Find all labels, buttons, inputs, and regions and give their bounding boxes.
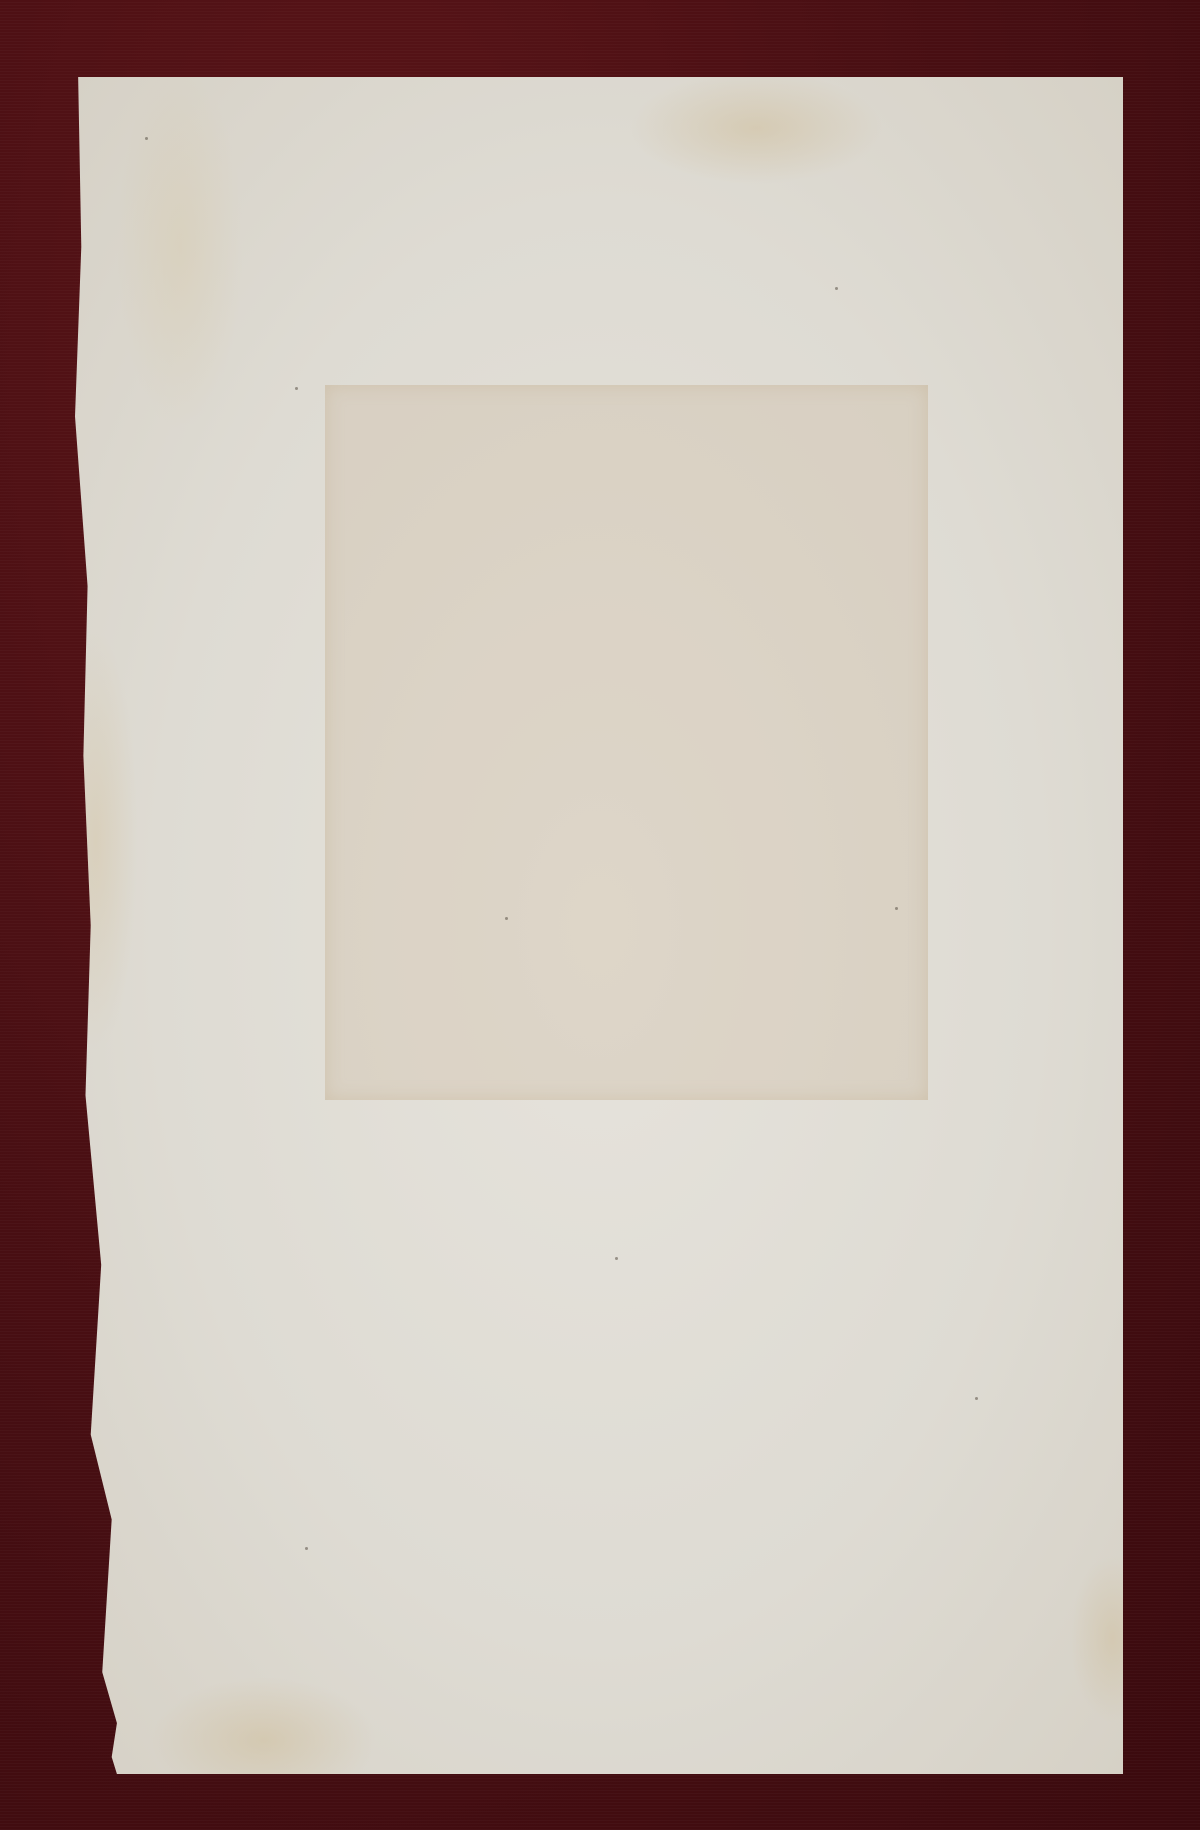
- paper-speck: [615, 1257, 618, 1260]
- paper-speck: [295, 387, 298, 390]
- paper-speck: [895, 907, 898, 910]
- paper-speck: [305, 1547, 308, 1550]
- paper-speck: [975, 1397, 978, 1400]
- paper-speck: [145, 137, 148, 140]
- paper-sheet: [75, 77, 1123, 1774]
- paper-speck: [505, 917, 508, 920]
- paper-speck: [835, 287, 838, 290]
- velvet-background: [0, 0, 1200, 1830]
- plate-mark-shadow: [325, 385, 928, 1100]
